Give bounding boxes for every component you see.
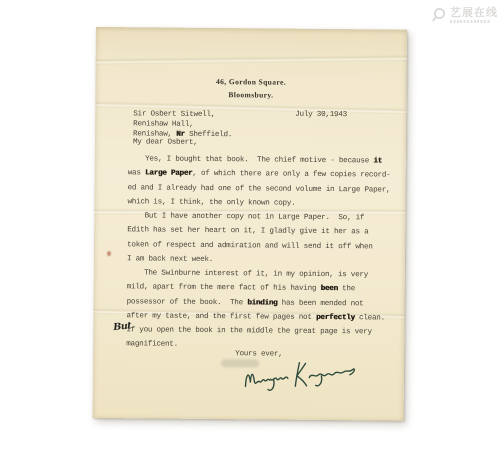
typed-text: Sir Osbert Sitwell, [133, 110, 215, 119]
typed-text: Renishaw Hall, [133, 120, 193, 129]
typed-text: the [338, 285, 355, 293]
letterhead-city-line: Bloomsbury. [95, 87, 406, 102]
fold-crease [96, 54, 407, 65]
overstruck-bold-text: been [321, 285, 338, 293]
watermark-text-column: 艺展在线 [450, 7, 498, 23]
recipient-block: Sir Osbert Sitwell,Renishaw Hall,Renisha… [133, 109, 232, 140]
typed-text: was [128, 170, 145, 178]
typed-text: magnificent. [126, 341, 178, 349]
watermark-url-bar [450, 20, 490, 23]
typed-text: The Swinburne interest of it, in my opin… [127, 269, 368, 279]
overstruck-bold-text: perfectly [316, 314, 355, 322]
typed-text: Edith has set her heart on it, I gladly … [127, 227, 368, 237]
letter-body: Yes, I bought that book. The chief motiv… [126, 152, 390, 354]
overstruck-bold-text: binding [247, 299, 277, 307]
overstruck-bold-text: it [373, 157, 382, 165]
overstruck-bold-text: Nr [176, 131, 185, 139]
red-ink-speck [107, 251, 111, 256]
typed-text: possessor of the book. The [127, 298, 248, 307]
handwritten-insert: But [113, 320, 132, 333]
photo-background: 艺展在线 46, Gordon Square. Bloomsbury. July… [0, 0, 500, 465]
watermark: 艺展在线 [431, 7, 498, 28]
typed-text: clean. [355, 314, 385, 322]
letter-paper: 46, Gordon Square. Bloomsbury. July 30,1… [93, 27, 407, 421]
overstruck-bold-text: Large Paper [145, 170, 192, 178]
typed-text: which is, I think, the only known copy. [127, 198, 295, 207]
magnifier-icon [431, 7, 447, 28]
typed-text: has been mended not [277, 299, 363, 308]
typed-text: , of which there are only a few copies r… [192, 170, 390, 180]
typed-text: if you open the book in the middle the g… [126, 326, 372, 336]
typed-text: But I have another copy not in Large Pap… [127, 212, 364, 222]
typed-text: I am back next week. [127, 255, 213, 264]
watermark-brand-text: 艺展在线 [450, 7, 498, 19]
date-text: July 30,1943 [295, 111, 347, 119]
typed-text: token of respect and admiration and will… [127, 241, 373, 251]
signature-maynard-keynes [240, 352, 362, 397]
typed-text: ed and I already had one of the second v… [128, 184, 391, 194]
typed-text: mild, apart from the mere fact of his ha… [127, 284, 321, 294]
typed-text: after my taste, and the first few pages … [126, 312, 316, 322]
salutation-text: My dear Osbert, [133, 138, 198, 147]
letterhead: 46, Gordon Square. Bloomsbury. [95, 75, 406, 103]
typed-text: Yes, I bought that book. The chief motiv… [128, 155, 374, 165]
